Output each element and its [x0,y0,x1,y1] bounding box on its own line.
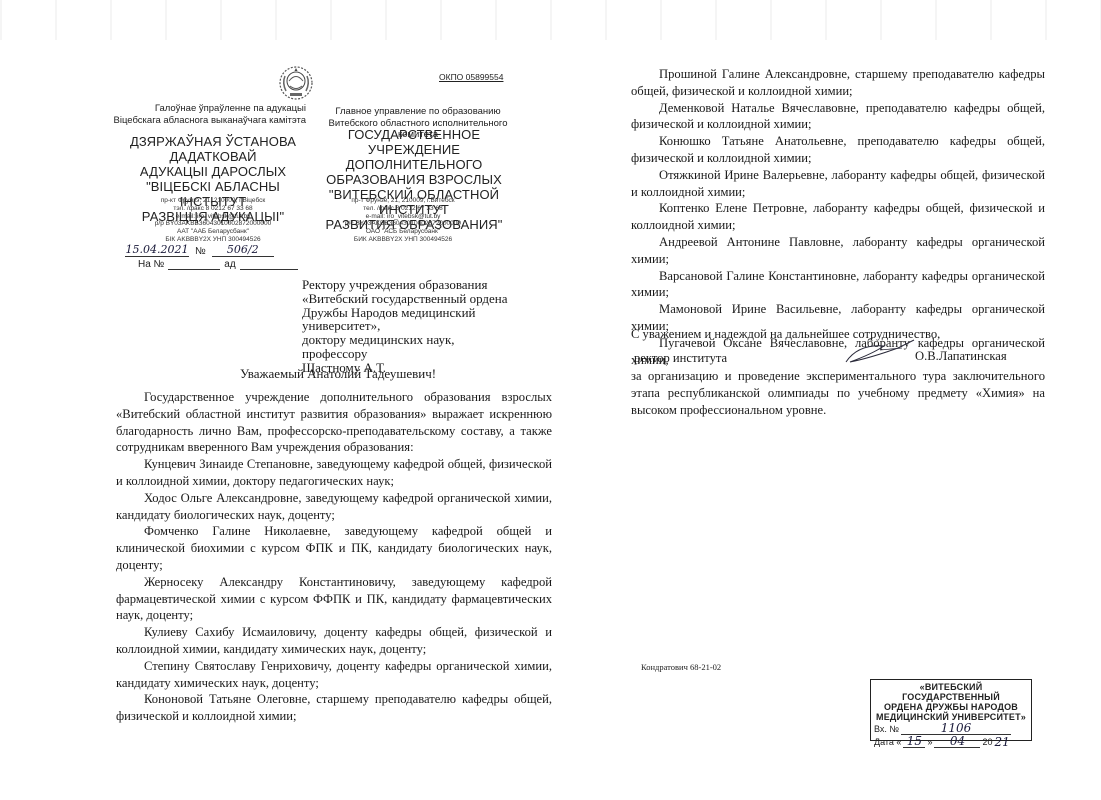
incoming-registration-stamp: «ВИТЕБСКИЙ ГОСУДАРСТВЕННЫЙ ОРДЕНА ДРУЖБЫ… [870,679,1032,741]
recipient-item: Конюшко Татьяне Анатольевне, преподавате… [631,133,1045,167]
okpo-code: ОКПО 05899554 [439,72,503,82]
reply-from-label: ад [224,259,235,270]
incoming-year: 21 [994,736,1009,748]
executor-contact: Кондратович 68-21-02 [641,662,721,672]
handwritten-signature-icon [840,336,920,366]
scan-artifacts [0,0,1101,40]
recipient-item: Кунцевич Зинаиде Степановне, заведующему… [116,456,552,490]
reply-reference: На № ад [138,259,298,270]
outgoing-registration: 15.04.2021 № 506/2 [125,243,274,257]
recipient-item: Жерносеку Александру Константиновичу, за… [116,574,552,624]
gratitude-reason: за организацию и проведение эксперимента… [631,368,1045,418]
signer-title: ректор института [634,351,727,366]
address-russian: пр-т Фрунзе, 21, 210009, г.Витебск тел. … [328,197,478,244]
incoming-date-row: Дата « 15 » 04 20 21 [874,735,1028,748]
incoming-month: 04 [934,735,980,748]
recipient-item: Варсановой Галине Константиновне, лабора… [631,268,1045,302]
recipient-item: Кононовой Татьяне Олеговне, старшему пре… [116,691,552,725]
recipient-item: Кулиеву Сахибу Исмаиловичу, доценту кафе… [116,624,552,658]
intro-paragraph: Государственное учреждение дополнительно… [116,389,552,456]
reply-date-blank [240,259,298,270]
reply-number-label: На № [138,259,164,270]
recipient-item: Степину Святославу Генриховичу, доценту … [116,658,552,692]
outgoing-date: 15.04.2021 [125,243,189,257]
addressee-block: Ректору учреждения образования «Витебски… [302,278,522,375]
reply-number-blank [168,259,220,270]
department-name-belarusian: Галоўнае ўпраўленне па адукацыі Віцебска… [110,103,306,126]
recipient-item: Фомченко Галине Николаевне, заведующему … [116,523,552,573]
belarus-coat-of-arms-icon [277,64,315,102]
recipient-item: Ходос Ольге Александровне, заведующему к… [116,490,552,524]
recipient-item: Андреевой Антонине Павловне, лаборанту к… [631,234,1045,268]
recipient-item: Отяжкиной Ирине Валерьевне, лаборанту ка… [631,167,1045,201]
outgoing-number: 506/2 [212,243,274,257]
number-label: № [195,246,206,257]
incoming-day: 15 [903,735,925,748]
recipient-item: Коптенко Елене Петровне, лаборанту кафед… [631,200,1045,234]
recipient-item: Прошиной Галине Александровне, старшему … [631,66,1045,100]
recipient-item: Деменковой Наталье Вячеславовне, препода… [631,100,1045,134]
letter-body-page-1: Государственное учреждение дополнительно… [116,389,552,725]
address-belarusian: пр-кт Фрунзэ, 21, 210009, г.Віцебск тэл.… [142,197,284,244]
salutation: Уважаемый Анатолий Тадеушевич! [240,366,436,382]
signer-name: О.В.Лапатинская [915,349,1007,364]
